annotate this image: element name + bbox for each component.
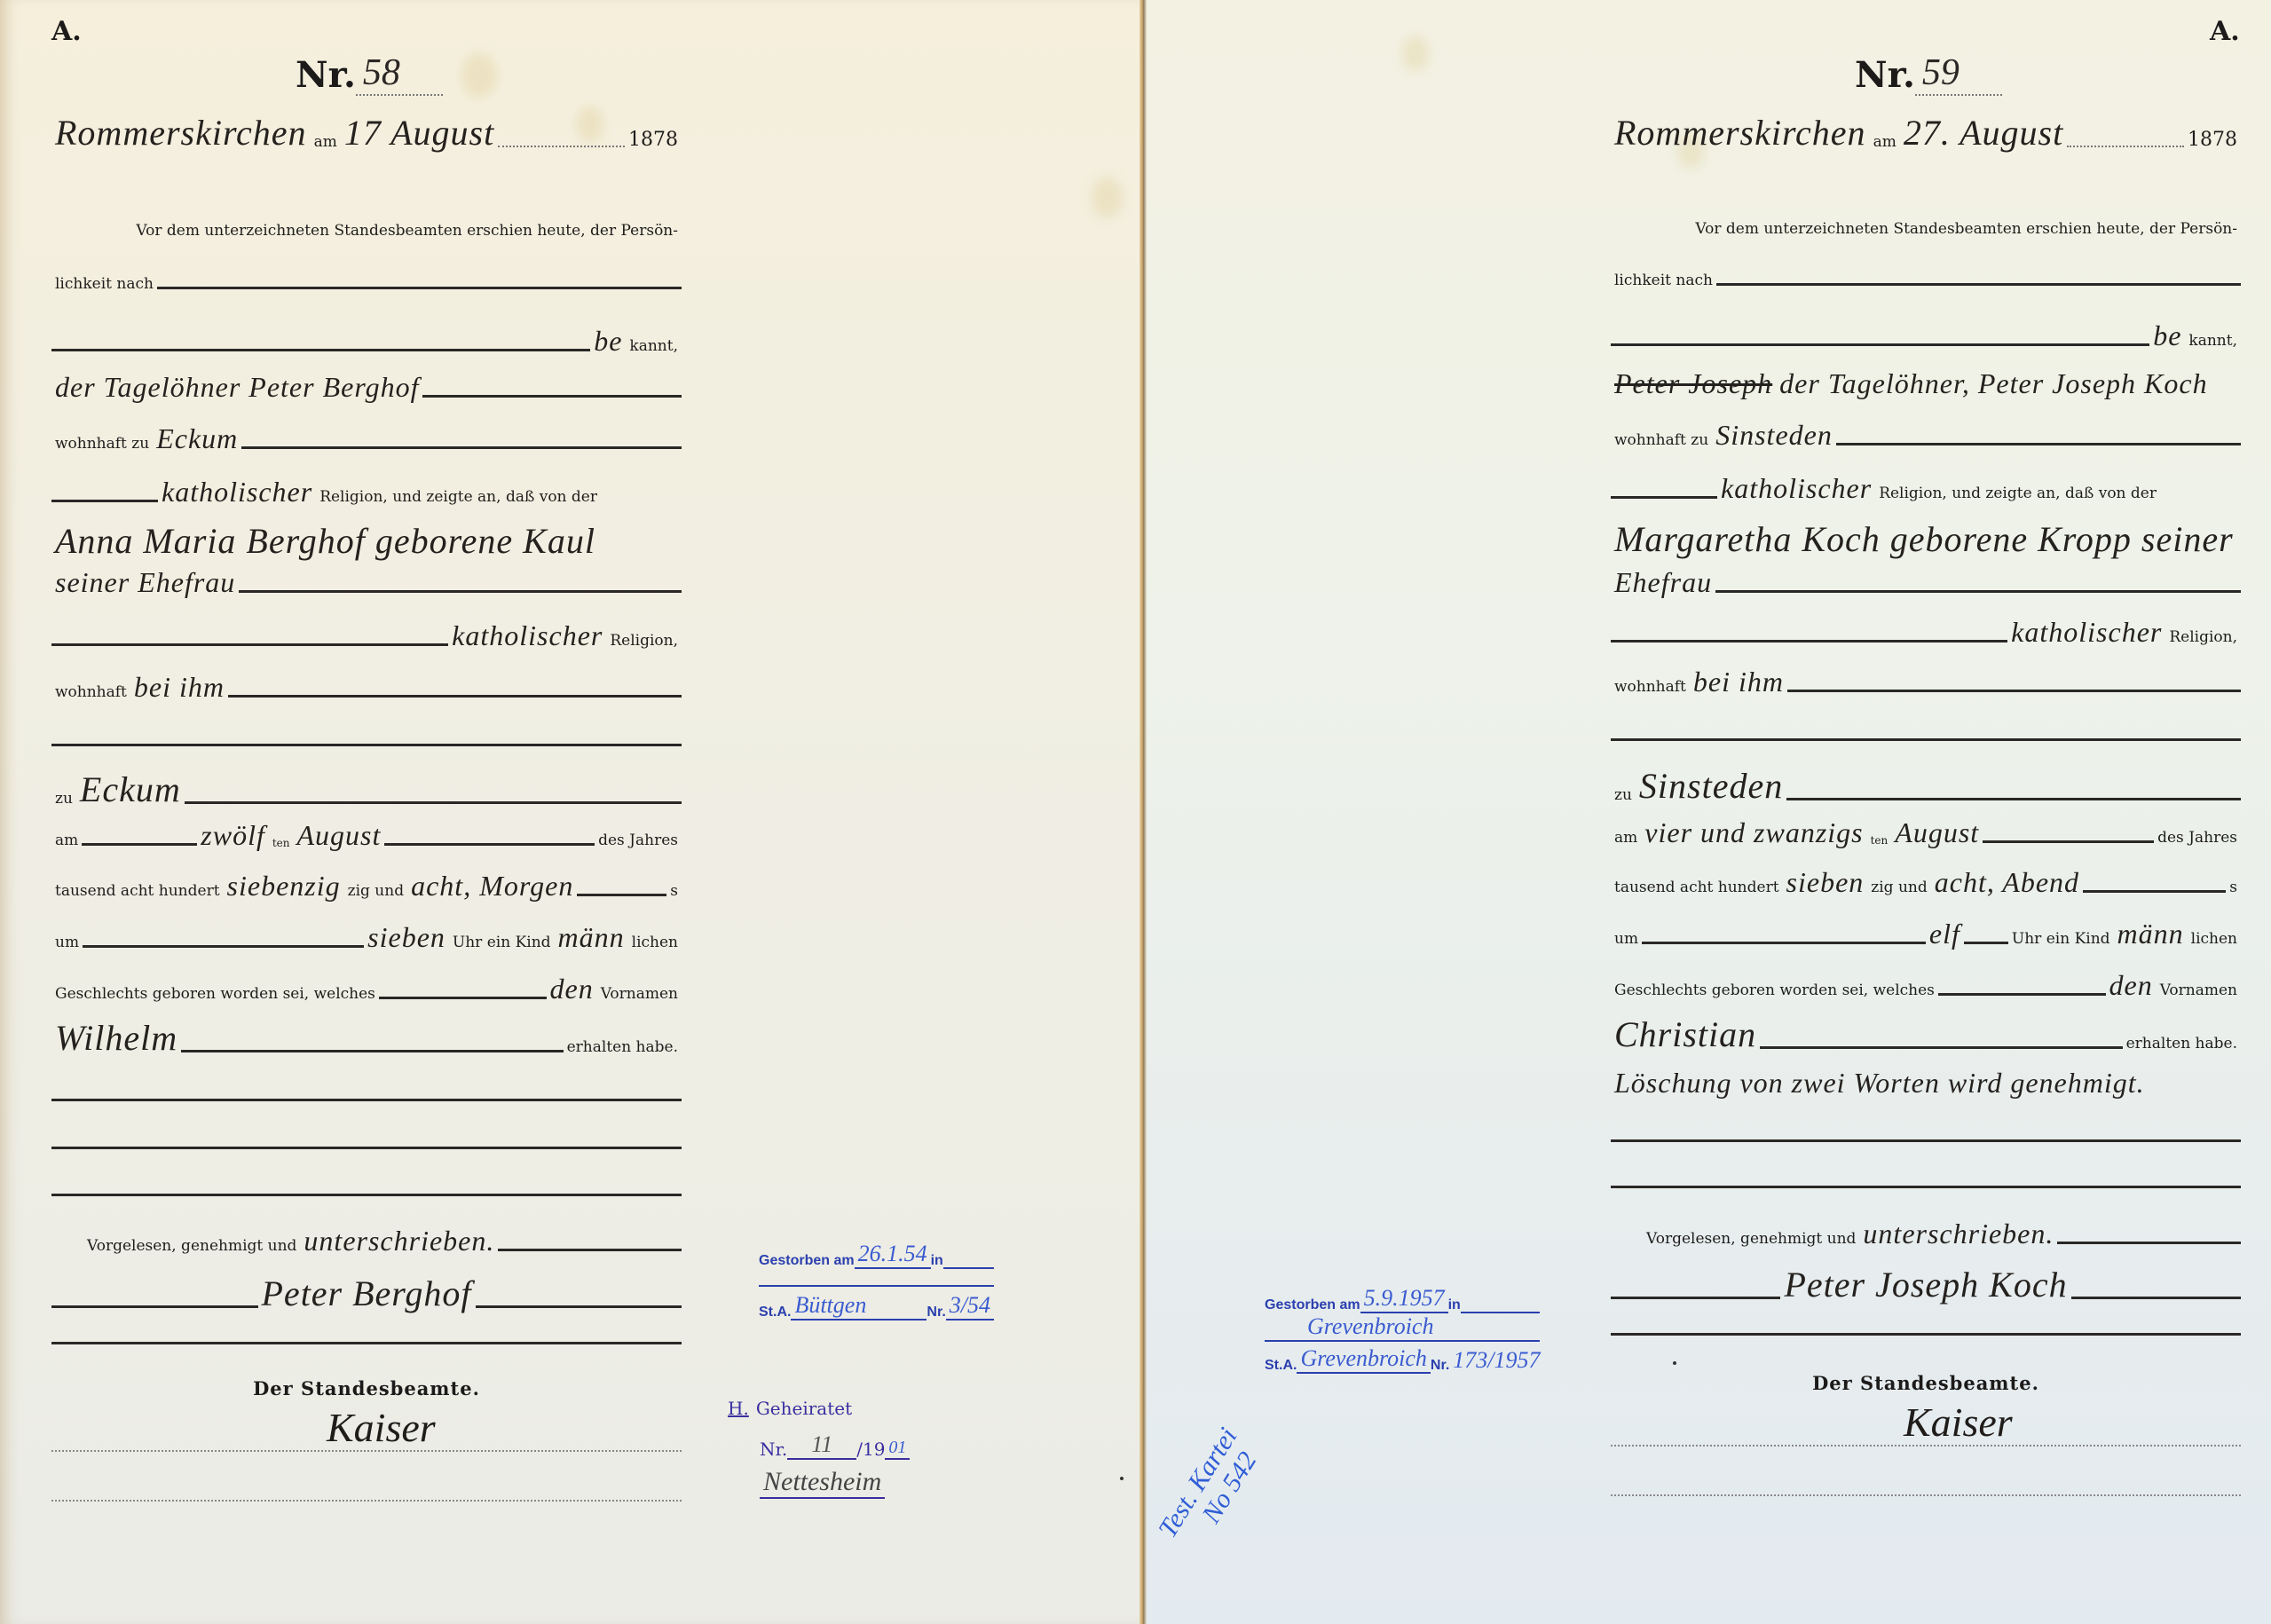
birth-month: August xyxy=(294,821,385,849)
record-number-value: 58 xyxy=(356,51,443,96)
known-suffix: kannt, xyxy=(2185,332,2241,350)
residence: Eckum xyxy=(153,424,241,453)
name-article: den xyxy=(2106,971,2157,999)
known-label: lichkeit nach xyxy=(51,275,157,293)
official-title: Der Standesbeamte. xyxy=(51,1377,682,1399)
year-end: s xyxy=(666,882,682,900)
mother-religion-line: katholischer Religion, xyxy=(1611,618,2241,646)
declarant-signature-line: Peter Joseph Koch xyxy=(1611,1267,2241,1303)
place: Rommerskirchen xyxy=(1611,115,1870,151)
religion-line: katholischer Religion, und zeigte an, da… xyxy=(51,477,682,506)
mother-relation-line: seiner Ehefrau xyxy=(51,568,682,596)
year-prefix: tausend acht hundert xyxy=(51,882,224,900)
intro-line: Vor dem unterzeichneten Standesbeamten e… xyxy=(1611,220,2241,238)
hour-suffix: Uhr ein Kind xyxy=(449,934,555,951)
year-tens-suffix: zig und xyxy=(344,882,407,900)
correction-note: Löschung von zwei Worten wird genehmigt. xyxy=(1611,1068,2149,1097)
birth-place-line: zu Eckum xyxy=(51,772,682,808)
record-number: Nr. 58 xyxy=(296,51,443,96)
marriage-nr: 11 xyxy=(787,1431,856,1460)
died-label: Gestorben am xyxy=(1265,1297,1360,1313)
correction-note-line: Löschung von zwei Worten wird genehmigt. xyxy=(1611,1068,2241,1097)
date: 17 August xyxy=(341,115,498,151)
gender-text: Geschlechts geboren worden sei, welches xyxy=(51,985,379,1003)
known-label-line: lichkeit nach xyxy=(1611,272,2241,289)
date-prefix: am xyxy=(1870,133,1900,151)
religion-line: katholischer Religion, und zeigte an, da… xyxy=(1611,474,2241,502)
hour-suffix: Uhr ein Kind xyxy=(2008,930,2114,948)
gender-line: Geschlechts geboren worden sei, welches … xyxy=(51,974,682,1003)
name-label: Vornamen xyxy=(2157,981,2241,999)
mother-religion: katholischer xyxy=(448,621,606,650)
read-label: Vorgelesen, genehmigt und xyxy=(51,1237,300,1255)
sex-suffix: lichen xyxy=(628,934,682,951)
residence-label: wohnhaft zu xyxy=(1611,431,1712,449)
marriage-year: 01 xyxy=(885,1438,910,1460)
mother-religion-suffix: Religion, xyxy=(606,632,682,650)
child-name-line: Wilhelm erhalten habe. xyxy=(51,1021,682,1056)
place-date-line: Rommerskirchen am 27. August 1878 xyxy=(1611,115,2241,151)
official-signature: Kaiser xyxy=(1904,1399,2013,1446)
died-date: 5.9.1957 xyxy=(1360,1285,1448,1313)
place-date-line: Rommerskirchen am 17 August 1878 xyxy=(51,115,682,151)
residence: Sinsteden xyxy=(1712,421,1836,449)
residence-label: wohnhaft zu xyxy=(51,435,153,453)
mother-residence-line: wohnhaft bei ihm xyxy=(51,673,682,701)
mother-residence: bei ihm xyxy=(130,673,228,701)
died-label: Gestorben am xyxy=(759,1253,855,1269)
year: 1878 xyxy=(625,129,682,151)
birth-hour: elf xyxy=(1926,919,1964,948)
ink-speck xyxy=(1673,1361,1676,1365)
in-label: in xyxy=(1448,1297,1461,1313)
declarant: der Tagelöhner, Peter Joseph Koch xyxy=(1776,369,2211,398)
place-label: zu xyxy=(51,790,76,808)
record-number-value: 59 xyxy=(1915,51,2002,96)
nr-label: Nr. xyxy=(927,1305,945,1320)
office-label: St.A. xyxy=(759,1305,791,1320)
record-number-label: Nr. xyxy=(1855,54,1915,96)
religion: katholischer xyxy=(158,477,316,506)
declarant: der Tagelöhner Peter Berghof xyxy=(51,373,422,401)
mother-religion: katholischer xyxy=(2007,618,2165,646)
known-fill: be xyxy=(590,327,626,355)
birth-day: zwölf xyxy=(197,821,269,849)
mother: Anna Maria Berghof geborene Kaul xyxy=(51,524,599,559)
birth-place: Eckum xyxy=(76,772,185,808)
religion-suffix: Religion, und zeigte an, daß von der xyxy=(1875,485,2160,502)
day-label: am xyxy=(1611,829,1641,847)
declarant-signature-line: Peter Berghof xyxy=(51,1276,682,1312)
name-label: Vornamen xyxy=(597,985,682,1003)
birth-record-58: Nr. 58 Rommerskirchen am 17 August 1878 … xyxy=(51,0,690,1624)
nr: 173/1957 xyxy=(1449,1347,1543,1374)
declarant-line: der Tagelöhner Peter Berghof xyxy=(51,373,682,401)
mother-line: Anna Maria Berghof geborene Kaul xyxy=(51,524,682,559)
declarant-signature: Peter Berghof xyxy=(258,1276,476,1312)
birth-day: vier und zwanzigs xyxy=(1641,818,1866,847)
day-suffix: ten xyxy=(1867,834,1892,847)
birth-month: August xyxy=(1891,818,1983,847)
year-tens-suffix: zig und xyxy=(1867,879,1930,896)
year-end: s xyxy=(2226,879,2241,896)
birth-day-line: am vier und zwanzigs ten August des Jahr… xyxy=(1611,818,2241,847)
read-value: unterschrieben. xyxy=(300,1226,498,1255)
died-date: 26.1.54 xyxy=(855,1241,931,1269)
record-number-label: Nr. xyxy=(296,54,356,96)
date-prefix: am xyxy=(311,133,341,151)
birth-place: Sinsteden xyxy=(1636,769,1786,804)
declarant-struck: Peter Joseph xyxy=(1611,369,1776,398)
child-name: Wilhelm xyxy=(51,1021,181,1056)
year-prefix: tausend acht hundert xyxy=(1611,879,1783,896)
declarant-signature: Peter Joseph Koch xyxy=(1780,1267,2070,1303)
office-label: St.A. xyxy=(1265,1358,1297,1374)
year-label: des Jahres xyxy=(2154,829,2241,847)
year-ones-time: acht, Morgen xyxy=(407,871,577,900)
year: 1878 xyxy=(2184,129,2241,151)
received-label: erhalten habe. xyxy=(2123,1035,2241,1052)
mother-religion-suffix: Religion, xyxy=(2165,628,2241,646)
read-value: unterschrieben. xyxy=(1859,1219,2057,1248)
hour-label: um xyxy=(1611,930,1642,948)
place: Rommerskirchen xyxy=(51,115,311,151)
year-ones-time: acht, Abend xyxy=(1931,868,2083,896)
mother-residence-label: wohnhaft xyxy=(51,683,130,701)
birth-year-line: tausend acht hundert siebenzig zig und a… xyxy=(51,871,682,900)
mother: Margaretha Koch geborene Kropp seiner xyxy=(1611,522,2237,557)
mother-residence-line: wohnhaft bei ihm xyxy=(1611,667,2241,696)
mother-line: Margaretha Koch geborene Kropp seiner xyxy=(1611,522,2241,557)
child-sex: männ xyxy=(2114,919,2188,948)
marriage-stamp: H. Geheiratet Nr. 11 /19 01 Nettesheim xyxy=(728,1398,941,1499)
marriage-prefix: H. xyxy=(728,1398,749,1419)
known-line: be kannt, xyxy=(1611,321,2241,350)
office: Büttgen xyxy=(791,1292,870,1320)
declarant-line: Peter Joseph der Tagelöhner, Peter Josep… xyxy=(1611,369,2241,398)
year-label: des Jahres xyxy=(595,832,682,849)
child-name: Christian xyxy=(1611,1017,1760,1052)
intro-text: Vor dem unterzeichneten Standesbeamten e… xyxy=(1691,220,2241,238)
official-signature: Kaiser xyxy=(327,1404,436,1451)
birth-hour-line: um sieben Uhr ein Kind männ lichen xyxy=(51,923,682,951)
known-label: lichkeit nach xyxy=(1611,272,1716,289)
blank-rule xyxy=(51,744,682,746)
mother-relation: seiner Ehefrau xyxy=(51,568,239,596)
read-line: Vorgelesen, genehmigt und unterschrieben… xyxy=(51,1226,682,1255)
marriage-year-prefix: /19 xyxy=(856,1439,885,1460)
gender-text: Geschlechts geboren worden sei, welches xyxy=(1611,981,1938,999)
mother-religion-line: katholischer Religion, xyxy=(51,621,682,650)
marriage-nr-label: Nr. xyxy=(760,1439,787,1460)
birth-record-59: Nr. 59 Rommerskirchen am 27. August 1878… xyxy=(1611,0,2250,1624)
year-tens: sieben xyxy=(1783,868,1868,896)
read-label: Vorgelesen, genehmigt und xyxy=(1611,1230,1859,1248)
intro-text: Vor dem unterzeichneten Standesbeamten e… xyxy=(132,222,682,240)
died-place: Grevenbroich xyxy=(1304,1313,1437,1340)
name-article: den xyxy=(547,974,597,1003)
day-suffix: ten xyxy=(269,837,294,849)
date: 27. August xyxy=(1900,115,2067,151)
birth-place-line: zu Sinsteden xyxy=(1611,769,2241,804)
death-stamp-right: Gestorben am 5.9.1957 in Grevenbroich St… xyxy=(1265,1285,1540,1374)
birth-day-line: am zwölf ten August des Jahres xyxy=(51,821,682,849)
marriage-label: Geheiratet xyxy=(756,1398,852,1419)
nr-label: Nr. xyxy=(1431,1358,1449,1374)
day-label: am xyxy=(51,832,82,849)
mother-residence-label: wohnhaft xyxy=(1611,678,1690,696)
mother-relation: Ehefrau xyxy=(1611,568,1715,596)
place-label: zu xyxy=(1611,786,1636,804)
known-fill: be xyxy=(2149,321,2185,350)
hour-label: um xyxy=(51,934,83,951)
mother-relation-line: Ehefrau xyxy=(1611,568,2241,596)
read-line: Vorgelesen, genehmigt und unterschrieben… xyxy=(1611,1219,2241,1248)
official-title: Der Standesbeamte. xyxy=(1611,1372,2241,1394)
mother-residence: bei ihm xyxy=(1690,667,1787,696)
known-label-line: lichkeit nach xyxy=(51,275,682,293)
sex-suffix: lichen xyxy=(2188,930,2241,948)
office: Grevenbroich xyxy=(1297,1345,1430,1374)
marriage-place: Nettesheim xyxy=(760,1467,885,1499)
residence-line: wohnhaft zu Eckum xyxy=(51,424,682,453)
record-number: Nr. 59 xyxy=(1855,51,2002,96)
ink-speck xyxy=(1120,1477,1124,1480)
birth-hour-line: um elf Uhr ein Kind männ lichen xyxy=(1611,919,2241,948)
in-label: in xyxy=(931,1253,943,1269)
child-sex: männ xyxy=(555,923,628,951)
residence-line: wohnhaft zu Sinsteden xyxy=(1611,421,2241,449)
birth-year-line: tausend acht hundert sieben zig und acht… xyxy=(1611,868,2241,896)
religion-suffix: Religion, und zeigte an, daß von der xyxy=(316,488,601,506)
religion: katholischer xyxy=(1717,474,1875,502)
birth-hour: sieben xyxy=(364,923,449,951)
book-spine xyxy=(1139,0,1147,1624)
gender-line: Geschlechts geboren worden sei, welches … xyxy=(1611,971,2241,999)
death-stamp-left: Gestorben am 26.1.54 in St.A. Büttgen Nr… xyxy=(759,1241,994,1320)
known-line: be kannt, xyxy=(51,327,682,355)
intro-line: Vor dem unterzeichneten Standesbeamten e… xyxy=(51,222,682,240)
known-suffix: kannt, xyxy=(626,337,682,355)
received-label: erhalten habe. xyxy=(564,1038,682,1056)
nr: 3/54 xyxy=(946,1292,994,1320)
year-tens: siebenzig xyxy=(224,871,344,900)
child-name-line: Christian erhalten habe. xyxy=(1611,1017,2241,1052)
